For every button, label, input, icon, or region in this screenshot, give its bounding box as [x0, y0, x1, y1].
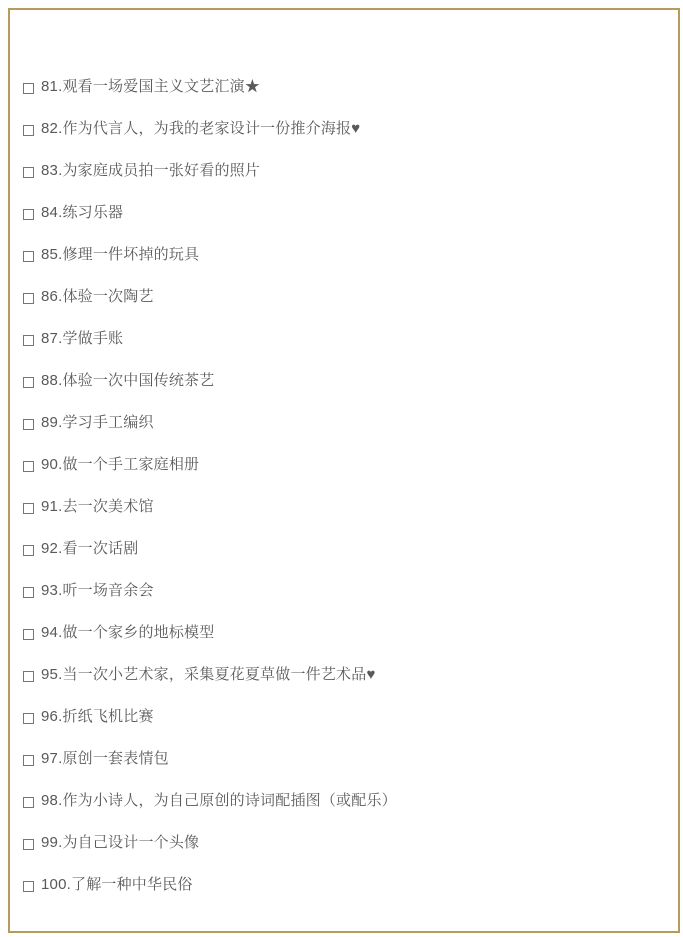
unchecked-checkbox-icon[interactable]: [23, 377, 34, 388]
checklist-item: 100.了解一种中华民俗: [23, 864, 668, 906]
checklist-item: 81.观看一场爱国主义文艺汇演★: [23, 66, 668, 108]
checklist-item-label: 89.学习手工编织: [41, 402, 154, 444]
checklist-item-label: 93.听一场音余会: [41, 570, 154, 612]
checklist-item-label: 81.观看一场爱国主义文艺汇演★: [41, 66, 260, 108]
unchecked-checkbox-icon[interactable]: [23, 713, 34, 724]
checklist-item: 82.作为代言人，为我的老家设计一份推介海报♥: [23, 108, 668, 150]
checklist: 81.观看一场爱国主义文艺汇演★ 82.作为代言人，为我的老家设计一份推介海报♥…: [10, 10, 678, 906]
checklist-item: 93.听一场音余会: [23, 570, 668, 612]
unchecked-checkbox-icon[interactable]: [23, 167, 34, 178]
checklist-item-label: 96.折纸飞机比赛: [41, 696, 154, 738]
checklist-item: 95.当一次小艺术家，采集夏花夏草做一件艺术品♥: [23, 654, 668, 696]
unchecked-checkbox-icon[interactable]: [23, 881, 34, 892]
unchecked-checkbox-icon[interactable]: [23, 293, 34, 304]
checklist-item-label: 98.作为小诗人，为自己原创的诗词配插图（或配乐）: [41, 780, 397, 822]
unchecked-checkbox-icon[interactable]: [23, 545, 34, 556]
content-frame: 81.观看一场爱国主义文艺汇演★ 82.作为代言人，为我的老家设计一份推介海报♥…: [8, 8, 680, 933]
unchecked-checkbox-icon[interactable]: [23, 419, 34, 430]
checklist-item-label: 99.为自己设计一个头像: [41, 822, 199, 864]
checklist-item: 92.看一次话剧: [23, 528, 668, 570]
checklist-item-label: 85.修理一件坏掉的玩具: [41, 234, 199, 276]
unchecked-checkbox-icon[interactable]: [23, 755, 34, 766]
checklist-item-label: 91.去一次美术馆: [41, 486, 154, 528]
unchecked-checkbox-icon[interactable]: [23, 335, 34, 346]
unchecked-checkbox-icon[interactable]: [23, 251, 34, 262]
checklist-item-label: 94.做一个家乡的地标模型: [41, 612, 214, 654]
checklist-item: 87.学做手账: [23, 318, 668, 360]
unchecked-checkbox-icon[interactable]: [23, 461, 34, 472]
checklist-item-label: 95.当一次小艺术家，采集夏花夏草做一件艺术品♥: [41, 654, 376, 696]
checklist-item-label: 82.作为代言人，为我的老家设计一份推介海报♥: [41, 108, 360, 150]
unchecked-checkbox-icon[interactable]: [23, 83, 34, 94]
unchecked-checkbox-icon[interactable]: [23, 797, 34, 808]
unchecked-checkbox-icon[interactable]: [23, 671, 34, 682]
checklist-item-label: 86.体验一次陶艺: [41, 276, 154, 318]
unchecked-checkbox-icon[interactable]: [23, 125, 34, 136]
checklist-item-label: 97.原创一套表情包: [41, 738, 169, 780]
checklist-item: 98.作为小诗人，为自己原创的诗词配插图（或配乐）: [23, 780, 668, 822]
page: 81.观看一场爱国主义文艺汇演★ 82.作为代言人，为我的老家设计一份推介海报♥…: [0, 0, 683, 937]
checklist-item: 96.折纸飞机比赛: [23, 696, 668, 738]
checklist-item: 86.体验一次陶艺: [23, 276, 668, 318]
unchecked-checkbox-icon[interactable]: [23, 503, 34, 514]
unchecked-checkbox-icon[interactable]: [23, 839, 34, 850]
checklist-item: 84.练习乐器: [23, 192, 668, 234]
checklist-item: 89.学习手工编织: [23, 402, 668, 444]
unchecked-checkbox-icon[interactable]: [23, 209, 34, 220]
checklist-item: 94.做一个家乡的地标模型: [23, 612, 668, 654]
checklist-item-label: 92.看一次话剧: [41, 528, 138, 570]
checklist-item-label: 88.体验一次中国传统茶艺: [41, 360, 214, 402]
checklist-item-label: 84.练习乐器: [41, 192, 123, 234]
checklist-item-label: 100.了解一种中华民俗: [41, 864, 193, 906]
checklist-item: 90.做一个手工家庭相册: [23, 444, 668, 486]
checklist-item: 83.为家庭成员拍一张好看的照片: [23, 150, 668, 192]
checklist-item: 85.修理一件坏掉的玩具: [23, 234, 668, 276]
checklist-item-label: 83.为家庭成员拍一张好看的照片: [41, 150, 260, 192]
checklist-item-label: 90.做一个手工家庭相册: [41, 444, 199, 486]
checklist-item-label: 87.学做手账: [41, 318, 123, 360]
checklist-item: 97.原创一套表情包: [23, 738, 668, 780]
checklist-item: 99.为自己设计一个头像: [23, 822, 668, 864]
checklist-item: 88.体验一次中国传统茶艺: [23, 360, 668, 402]
checklist-item: 91.去一次美术馆: [23, 486, 668, 528]
unchecked-checkbox-icon[interactable]: [23, 587, 34, 598]
unchecked-checkbox-icon[interactable]: [23, 629, 34, 640]
